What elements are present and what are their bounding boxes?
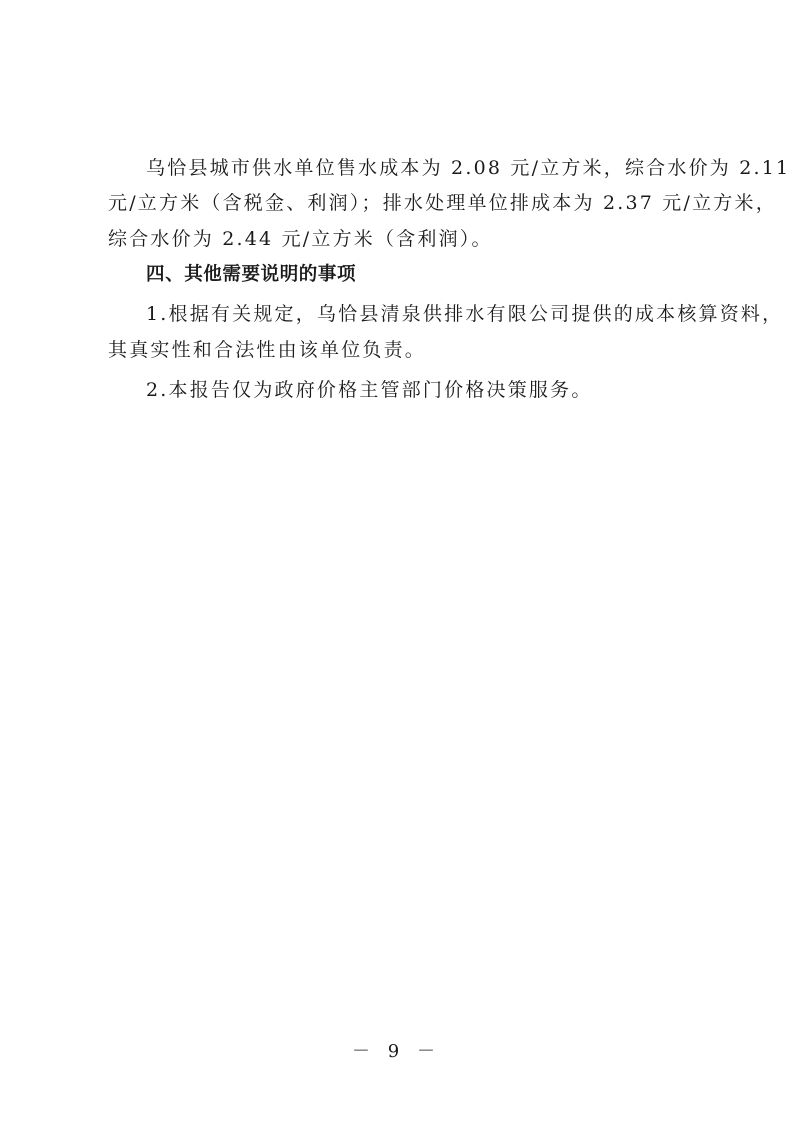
item-1-line-1: 1.根据有关规定，乌恰县清泉供排水有限公司提供的成本核算资料， — [146, 302, 692, 326]
item-1-line-2: 其真实性和合法性由该单位负责。 — [108, 338, 692, 362]
item-2-line-1: 2.本报告仅为政府价格主管部门价格决策服务。 — [146, 378, 692, 402]
document-page: 乌恰县城市供水单位售水成本为 2.08 元/立方米，综合水价为 2.11 元/立… — [0, 0, 793, 1122]
paragraph-cost-line-2: 元/立方米（含税金、利润）；排水处理单位排成本为 2.37 元/立方米， — [108, 191, 692, 215]
paragraph-cost-line-3: 综合水价为 2.44 元/立方米（含利润）。 — [108, 227, 692, 251]
page-number: － 9 － — [0, 1041, 793, 1063]
section-heading: 四、其他需要说明的事项 — [146, 263, 692, 287]
paragraph-cost-line-1: 乌恰县城市供水单位售水成本为 2.08 元/立方米，综合水价为 2.11 — [146, 156, 692, 180]
